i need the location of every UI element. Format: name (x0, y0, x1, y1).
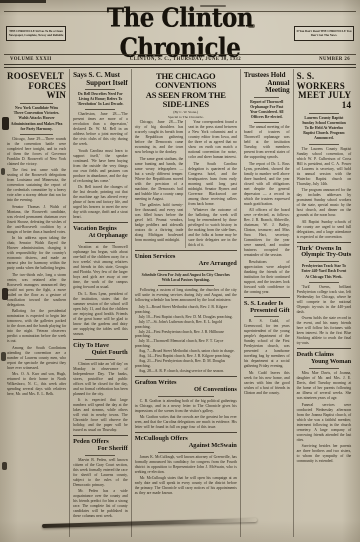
newspaper-page: THE CHRONICLE Strives To Be a Clean News… (0, 0, 360, 542)
paragraph: The South Carolina delegation is quarter… (188, 162, 237, 207)
paragraph: B. S. Cudd, of Greenwood, for ten years … (244, 319, 290, 369)
headline-line: THE CHICAGO CONVENTIONS (135, 72, 237, 91)
headline-union-services: Union ServicesAre Arranged (135, 254, 237, 268)
paragraph: The two-thirds rule, long a storm center… (7, 273, 66, 308)
paragraph: Senator Thomas J. Walsh of Montana, the … (7, 205, 66, 235)
section-rule (135, 376, 237, 377)
divider-rule (85, 89, 115, 90)
headline-turk-owens: 'Turk' Owens InOlympic Try-Outs (297, 246, 352, 260)
paragraph: Owens holds the state record in the even… (297, 316, 352, 346)
divider-rule (158, 452, 214, 453)
headline-line: Presented Gift (244, 308, 290, 315)
paragraph: 'Turk' Owens, brilliant Presbyterian col… (297, 285, 352, 315)
paragraph: C. B. Grafton is attending both of the b… (135, 399, 237, 414)
headline-says-sc: Says S. C. MustSupport Itself (73, 72, 128, 87)
masthead-rule (4, 54, 356, 55)
schedule-line: July 10—First Baptist church, Rev. D. M.… (135, 315, 237, 320)
paragraph: Dr. Bell traced the changes of the last … (73, 185, 128, 220)
paragraph: Mr. McCullough states that he will open … (135, 476, 237, 496)
paragraph: Mr. Cudd leaves this week for his new ho… (244, 371, 290, 396)
deck: New York Candidate Wins Three Convention… (10, 106, 63, 132)
divider-rule (309, 282, 339, 283)
paragraph: Dr. L. Ross Lynn, president of the insti… (73, 292, 128, 337)
section-rule (73, 339, 128, 340)
paragraph: Whatever the outcome of the balloting, t… (188, 208, 237, 248)
divider-rule (254, 316, 279, 317)
schedule-line: Aug. 28—A. R. P. church, closing service… (135, 369, 237, 374)
headline-grafton: Grafton WritesOf Conventions (135, 380, 237, 394)
column-4: Trustees HoldAnnual MeetingReport of Tho… (240, 69, 293, 537)
headline-line: Annual Meeting (244, 80, 290, 95)
headline-line: At Orphanage (73, 233, 128, 240)
paragraph: Miss Mae Davis, of Joanna, daughter of M… (297, 371, 352, 401)
paragraph: Chicago, June 29.—Three rounds in the co… (7, 137, 66, 167)
paragraph: Your correspondent found a seat in the p… (188, 120, 237, 160)
masthead: THE CHRONICLE Strives To Be a Clean News… (4, 14, 356, 52)
headline-chicago: THE CHICAGO CONVENTIONSAS SEEN FROM THE … (135, 72, 237, 109)
schedule-line: July 3—Broad Street Methodist church, Re… (135, 305, 237, 315)
divider-rule (158, 285, 214, 286)
divider-rule (20, 103, 53, 104)
schedule-line: July 31—Thornwell Memorial church, Rev. … (135, 339, 237, 349)
paragraph: Chicago, June 28.—The city of big should… (135, 120, 184, 155)
paragraph: Clinton will take an 'off day' on Monday… (73, 362, 128, 397)
paragraph: Following a custom of long standing, the… (135, 288, 237, 303)
divider-rule (254, 122, 279, 123)
divider-rule (158, 396, 214, 397)
paragraph: Vacation at the Thornwell orphanage has … (73, 245, 128, 290)
columns: ROOSEVELTFORCES WINNew York Candidate Wi… (4, 69, 356, 537)
volume-label: VOLUME XXXII (10, 57, 52, 62)
divider-rule (309, 261, 339, 262)
section-rule (297, 348, 352, 349)
section-rule (244, 297, 290, 298)
headline-vacation: Vacation BeginsAt Orphanage (73, 226, 128, 240)
column-2: Says S. C. MustSupport ItselfDr. Bell De… (69, 69, 131, 537)
deck: Laurens County Baptist Sunday School Con… (300, 116, 349, 142)
schedule-list: July 3—Broad Street Methodist church, Re… (135, 305, 237, 374)
divider-rule (254, 97, 279, 98)
issue-number-label: NUMBER 26 (319, 57, 350, 62)
headline-line: Quiet Fourth (73, 350, 128, 357)
headline-roosevelt: ROOSEVELTFORCES WIN (7, 72, 66, 101)
scan-artifact (0, 0, 46, 3)
column-3: THE CHICAGO CONVENTIONSAS SEEN FROM THE … (131, 69, 240, 537)
divider-rule (158, 270, 214, 271)
paragraph: Balloting for the presidential nominatio… (7, 309, 66, 344)
divider-rule (309, 144, 339, 145)
dateline-rule (4, 64, 356, 68)
headline-line: Olympic Try-Outs (297, 252, 352, 259)
headline-line: Support Itself (73, 80, 128, 88)
headline-line: Of Conventions (135, 387, 237, 394)
paragraph: James K. McCullough, well known attorney… (135, 455, 237, 475)
deck: Dr. Bell Describes Need For Living At Ho… (76, 92, 125, 107)
paragraph: Charleston, June 28.—'The present times … (73, 112, 128, 147)
chicago-story: Chicago, June 28.—The city of big should… (135, 120, 237, 248)
divider-rule (20, 134, 53, 135)
paragraph: The annual meeting of the board of trust… (244, 125, 290, 160)
paragraph: It is expected that large numbers will s… (73, 398, 128, 433)
headline-line: FORCES WIN (7, 82, 66, 101)
paragraph: All Baptist Sunday schools of the county… (297, 220, 352, 240)
schedule-line: July 17—St. John's Lutheran church, Rev.… (135, 320, 237, 330)
paragraph: Mrs. O. A. Karr and son, Hugh, returned … (7, 372, 66, 397)
byline: (By C. W. Stone.) (135, 110, 237, 114)
paragraph: The galleries hold twenty-five thousand,… (135, 203, 184, 243)
deck: Report of Thornwell Orphanage For Past Y… (247, 100, 287, 121)
headline-line: S. S. WORKERS (297, 72, 352, 91)
column-5: S. S. WORKERSMEET JULY 14Laurens County … (293, 69, 355, 537)
deck: Schedule Given For July and August In Ci… (138, 273, 234, 283)
headline-line: MEET JULY 14 (297, 91, 352, 110)
headline-ss-workers: S. S. WORKERSMEET JULY 14 (297, 72, 352, 111)
headline-line: For Sheriff (73, 446, 128, 453)
divider-rule (309, 368, 339, 369)
divider-rule (309, 113, 339, 114)
divider-rule (85, 109, 115, 110)
paragraph: The report of Dr. L. Ross Lynn, presiden… (244, 162, 290, 207)
headline-peden: Peden OffersFor Sheriff (73, 439, 128, 453)
headline-mccullough: McCullough OffersAgainst McSwain (135, 436, 237, 450)
paragraph: Marvin B. Peden, well known citizen of t… (73, 458, 128, 488)
paragraph: The program announced for the day includ… (297, 188, 352, 218)
deck: Presbyterian Track Star To Enter 440-Yar… (300, 264, 349, 279)
paragraph: Surviving besides her parents are three … (297, 444, 352, 464)
section-rule (135, 250, 237, 251)
paragraph: The same great stadium, the same bunting… (135, 157, 184, 202)
paragraph: Funeral services were conducted Wednesda… (297, 403, 352, 443)
divider-rule (85, 359, 115, 360)
byline: Special to The Chronicle. (135, 115, 237, 119)
headline-line: Are Arranged (135, 261, 237, 268)
schedule-line: July 24—First Presbyterian church, Rev. … (135, 330, 237, 340)
paragraph: In his address upon taking the chair, Se… (7, 236, 66, 271)
headline-ss-leader: S. S. Leader IsPresented Gift (244, 301, 290, 315)
headline-line: Against McSwain (135, 443, 237, 450)
headline-quiet-fourth: City To HaveQuiet Fourth (73, 343, 128, 357)
paragraph: Resolutions of appreciation were adopted… (244, 260, 290, 295)
divider-rule (85, 455, 115, 456)
schedule-line: Aug. 21—First Presbyterian church, Rev. … (135, 359, 237, 369)
section-rule (297, 242, 352, 243)
paragraph: Mr. Grafton writes that the crowds are t… (135, 415, 237, 430)
paragraph: The Laurens County Baptist Sunday school… (297, 147, 352, 187)
divider-rule (85, 242, 115, 243)
paragraph: Mr. Peden has a wide acquaintance over t… (73, 489, 128, 519)
section-rule (73, 222, 128, 223)
paragraph: Among the South Carolinians attending th… (7, 346, 66, 371)
section-rule (135, 432, 237, 433)
headline-trustees: Trustees HoldAnnual Meeting (244, 72, 290, 95)
section-rule (73, 435, 128, 436)
headline-line: Young Woman (297, 359, 352, 366)
headline-line: AS SEEN FROM THE SIDE-LINES (135, 91, 237, 110)
paragraph: 'South Carolina must learn to support it… (73, 149, 128, 184)
column-1: ROOSEVELTFORCES WINNew York Candidate Wi… (4, 69, 69, 537)
paragraph: All officers of the board were re-electe… (244, 208, 290, 258)
headline-death-claims: Death ClaimsYoung Woman (297, 352, 352, 366)
paragraph: The first test came with the seating of … (7, 168, 66, 203)
masthead-right-box: If You Don't Read THE CHRONICLE You Don'… (294, 26, 354, 41)
masthead-left-box: THE CHRONICLE Strives To Be a Clean News… (6, 26, 66, 41)
